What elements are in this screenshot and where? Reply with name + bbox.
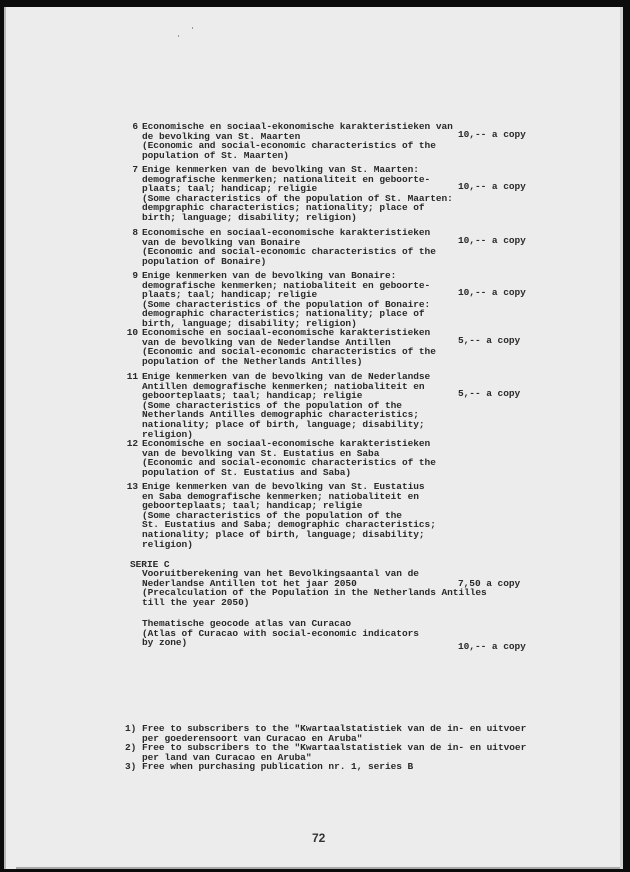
scan-speck — [178, 35, 179, 37]
entry-price: 5,-- a copy — [458, 336, 520, 346]
footnote-line: 3) Free when purchasing publication nr. … — [125, 762, 413, 772]
entry-number: 13 — [6, 482, 138, 492]
entry-number: 9 — [6, 271, 138, 281]
entry-number: 6 — [6, 122, 138, 132]
entry-number: 8 — [6, 228, 138, 238]
entry-number: 7 — [6, 165, 138, 175]
entry-price: 10,-- a copy — [458, 130, 526, 140]
entry-price: 10,-- a copy — [458, 288, 526, 298]
entry-line: religion) — [142, 540, 193, 550]
entry-price: 10,-- a copy — [458, 236, 526, 246]
entry-line: birth; language; disability; religion) — [142, 213, 357, 223]
entry-line: population of the Netherlands Antilles) — [142, 357, 362, 367]
page-number: 72 — [312, 831, 325, 845]
entry-line: population of St. Maarten) — [142, 151, 289, 161]
entry-line: population of St. Eustatius and Saba) — [142, 468, 351, 478]
serie-c-line: by zone) — [142, 638, 187, 648]
serie-c-price: 7,50 a copy — [458, 579, 520, 589]
serie-c-price: 10,-- a copy — [458, 642, 526, 652]
serie-c-line: till the year 2050) — [142, 598, 249, 608]
entry-line: population of Bonaire) — [142, 257, 266, 267]
scan-speck — [192, 27, 193, 29]
entry-price: 10,-- a copy — [458, 182, 526, 192]
entry-number: 11 — [6, 372, 138, 382]
entry-price: 5,-- a copy — [458, 389, 520, 399]
entry-number: 10 — [6, 328, 138, 338]
document-page: 6Economische en sociaal-ekonomische kara… — [4, 7, 623, 869]
entry-number: 12 — [6, 439, 138, 449]
